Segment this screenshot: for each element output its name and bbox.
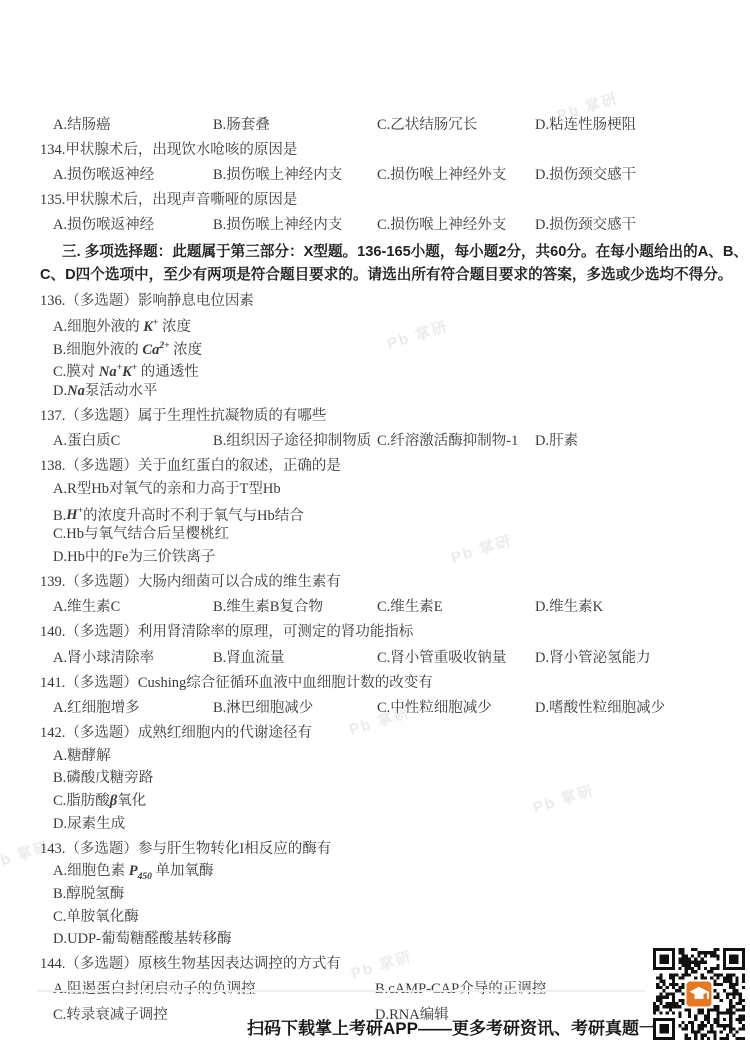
- exam-page: { "page": { "watermark_text": "Pb 掌研" },…: [0, 0, 750, 1061]
- option-label: C.: [53, 909, 66, 925]
- question-stem: 141.（多选题）Cushing综合征循环血液中血细胞计数的改变有: [0, 672, 750, 695]
- text-segment: 细胞外液的: [67, 319, 143, 335]
- option-label: C.: [53, 526, 66, 542]
- option-label: C.: [377, 599, 390, 615]
- option-label: A.: [53, 650, 67, 666]
- question-number: 139.: [40, 574, 65, 590]
- option-label: D.: [53, 931, 67, 947]
- text-segment: （多选题）大肠内细菌可以合成的维生素有: [65, 574, 341, 590]
- text-segment: 膜对: [66, 364, 99, 380]
- text-segment: UDP-葡萄糖醛酸基转移酶: [67, 931, 231, 947]
- answer-option: D.UDP-葡萄糖醛酸基转移酶: [53, 931, 231, 947]
- answer-option: D.粘连性肠梗阻: [535, 114, 636, 137]
- math-notation: K+: [122, 364, 137, 380]
- answer-option: A.维生素C: [53, 596, 120, 619]
- option-label: C.: [53, 1007, 66, 1023]
- math-subscript: 450: [138, 872, 152, 882]
- text-segment: 脂肪酸: [66, 793, 110, 809]
- question-number: 134.: [40, 142, 65, 158]
- options-row: A.维生素CB.维生素B复合物C.维生素ED.维生素K: [0, 596, 750, 619]
- option-label: A.: [53, 599, 67, 615]
- options-stack-line: D.Hb中的Fe为三价铁离子: [0, 546, 750, 569]
- answer-option: C.单胺氧化酶: [53, 909, 139, 925]
- option-label: B.: [213, 433, 226, 449]
- options-stack-line: C.膜对 Na+K+ 的通透性: [0, 357, 750, 380]
- option-label: D.: [535, 599, 549, 615]
- option-label: B.: [53, 770, 66, 786]
- answer-option: D.肝素: [535, 430, 578, 453]
- question-number: 143.: [40, 841, 65, 857]
- answer-option: C.损伤喉上神经外支: [377, 214, 506, 237]
- section-header-line: 三. 多项选择题：此题属于第三部分：X型题。136-165小题，每小题2分，共6…: [0, 241, 750, 264]
- options-row: A.损伤喉返神经B.损伤喉上神经内支C.损伤喉上神经外支D.损伤颈交感干: [0, 214, 750, 237]
- footer-divider: [37, 990, 645, 992]
- options-stack-line: D.尿素生成: [0, 813, 750, 836]
- question-stem: 135.甲状腺术后，出现声音嘶哑的原因是: [0, 189, 750, 212]
- answer-option: D.损伤颈交感干: [535, 164, 636, 187]
- question-stem: 138.（多选题）关于血红蛋白的叙述，正确的是: [0, 455, 750, 478]
- text-segment: Hb与氧气结合后呈樱桃红: [66, 526, 229, 542]
- answer-option: C.维生素E: [377, 596, 443, 619]
- option-label: C.: [377, 217, 390, 233]
- text-segment: 中性粒细胞减少: [390, 700, 492, 716]
- text-segment: 红细胞增多: [67, 700, 140, 716]
- options-stack-line: D.Na泵活动水平: [0, 380, 750, 403]
- answer-option: D.Hb中的Fe为三价铁离子: [53, 549, 215, 565]
- text-segment: 氧化: [117, 793, 146, 809]
- options-row: A.红细胞增多B.淋巴细胞减少C.中性粒细胞减少D.嗜酸性粒细胞减少: [0, 697, 750, 720]
- answer-option: B.损伤喉上神经内支: [213, 214, 342, 237]
- text-segment: 肝素: [549, 433, 578, 449]
- answer-option: B.H+的浓度升高时不利于氧气与Hb结合: [53, 507, 304, 523]
- text-segment: 肾小球清除率: [67, 650, 154, 666]
- option-label: B.: [213, 167, 226, 183]
- text-segment: 维生素K: [549, 599, 603, 615]
- option-label: A.: [53, 481, 67, 497]
- text-segment: 损伤喉上神经内支: [226, 167, 342, 183]
- answer-option: A.肾小球清除率: [53, 647, 154, 670]
- text-segment: 损伤颈交感干: [549, 217, 636, 233]
- options-stack-line: C.脂肪酸β氧化: [0, 790, 750, 813]
- question-number: 136.: [40, 293, 65, 309]
- question-number: 142.: [40, 725, 65, 741]
- text-segment: 醇脱氢酶: [66, 886, 124, 902]
- option-label: C.: [377, 433, 390, 449]
- text-segment: 乙状结肠冗长: [390, 117, 477, 133]
- options-stack-line: A.R型Hb对氧气的亲和力高于T型Hb: [0, 478, 750, 501]
- option-label: B.: [53, 342, 66, 358]
- options-stack-line: C.单胺氧化酶: [0, 906, 750, 929]
- options-stack-line: A.细胞外液的 K+ 浓度: [0, 312, 750, 335]
- options-stack-line: D.UDP-葡萄糖醛酸基转移酶: [0, 928, 750, 951]
- option-label: B.: [213, 650, 226, 666]
- footer-banner-text: 扫码下载掌上考研APP——更多考研资讯、考研真题一键获取: [247, 1014, 707, 1039]
- answer-option: B.肾血流量: [213, 647, 284, 670]
- option-label: A.: [53, 217, 67, 233]
- text-segment: 损伤喉返神经: [67, 217, 154, 233]
- option-label: D.: [53, 816, 67, 832]
- section-header-line: C、D四个选项中，至少有两项是符合题目要求的。请选出所有符合题目要求的答案，多选…: [0, 264, 750, 287]
- text-segment: 浓度: [170, 342, 203, 358]
- option-label: D.: [535, 650, 549, 666]
- answer-option: D.尿素生成: [53, 816, 125, 832]
- answer-option: A.R型Hb对氧气的亲和力高于T型Hb: [53, 481, 281, 497]
- question-stem: 142.（多选题）成熟红细胞内的代谢途径有: [0, 722, 750, 745]
- math-base: Na: [67, 383, 85, 399]
- question-stem: 140.（多选题）利用肾清除率的原理，可测定的肾功能指标: [0, 621, 750, 644]
- text-segment: 肾血流量: [226, 650, 284, 666]
- question-number: 141.: [40, 675, 65, 691]
- text-segment: （多选题）原核生物基因表达调控的方式有: [65, 956, 341, 972]
- text-segment: 维生素B复合物: [226, 599, 323, 615]
- text-segment: （多选题）Cushing综合征循环血液中血细胞计数的改变有: [65, 675, 432, 691]
- answer-option: A.红细胞增多: [53, 697, 140, 720]
- options-stack-line: A.糖酵解: [0, 745, 750, 768]
- option-label: A.: [53, 863, 67, 879]
- text-segment: 肠套叠: [226, 117, 270, 133]
- text-segment: 嗜酸性粒细胞减少: [549, 700, 665, 716]
- section-header: 三. 多项选择题：此题属于第三部分：X型题。136-165小题，每小题2分，共6…: [0, 241, 750, 287]
- options-stack-line: C.Hb与氧气结合后呈樱桃红: [0, 523, 750, 546]
- answer-option: B.淋巴细胞减少: [213, 697, 313, 720]
- text-segment: 损伤喉上神经外支: [390, 167, 506, 183]
- answer-option: B.损伤喉上神经内支: [213, 164, 342, 187]
- text-segment: 肾小管泌氢能力: [549, 650, 651, 666]
- math-base: K: [122, 364, 132, 380]
- text-segment: 磷酸戊糖旁路: [66, 770, 153, 786]
- text-segment: 肾小管重吸收钠量: [390, 650, 506, 666]
- question-number: 135.: [40, 192, 65, 208]
- option-label: C.: [377, 700, 390, 716]
- answer-option: A.细胞色素 P450 单加氧酶: [53, 863, 213, 879]
- answer-option: B.醇脱氢酶: [53, 886, 124, 902]
- option-label: D.: [535, 117, 549, 133]
- answer-option: C.乙状结肠冗长: [377, 114, 477, 137]
- answer-option: A.结肠癌: [53, 114, 111, 137]
- options-row: A.结肠癌B.肠套叠C.乙状结肠冗长D.粘连性肠梗阻: [0, 114, 750, 137]
- math-base: H: [66, 507, 77, 523]
- text-segment: 损伤喉返神经: [67, 167, 154, 183]
- options-stack-line: A.细胞色素 P450 单加氧酶: [0, 860, 750, 883]
- question-number: 144.: [40, 956, 65, 972]
- text-segment: 损伤颈交感干: [549, 167, 636, 183]
- answer-option: D.维生素K: [535, 596, 603, 619]
- math-notation: H+: [66, 507, 83, 523]
- option-label: D.: [535, 700, 549, 716]
- text-segment: 甲状腺术后，出现饮水呛咳的原因是: [65, 142, 297, 158]
- text-segment: 纤溶激活酶抑制物-1: [390, 433, 518, 449]
- answer-option: A.损伤喉返神经: [53, 164, 154, 187]
- option-label: B.: [213, 117, 226, 133]
- option-label: B.: [213, 217, 226, 233]
- option-label: B.: [53, 886, 66, 902]
- question-number: 138.: [40, 458, 65, 474]
- option-label: B.: [213, 700, 226, 716]
- answer-option: D.Na泵活动水平: [53, 383, 157, 399]
- question-stem: 143.（多选题）参与肝生物转化I相反应的酶有: [0, 838, 750, 861]
- answer-option: B.肠套叠: [213, 114, 270, 137]
- math-base: Na: [99, 364, 117, 380]
- options-row: A.蛋白质CB.组织因子途径抑制物质C.纤溶激活酶抑制物-1D.肝素: [0, 430, 750, 453]
- text-segment: 单加氧酶: [152, 863, 214, 879]
- text-segment: （多选题）关于血红蛋白的叙述，正确的是: [65, 458, 341, 474]
- answer-option: D.肾小管泌氢能力: [535, 647, 651, 670]
- answer-option: C.脂肪酸β氧化: [53, 793, 146, 809]
- text-segment: 糖酵解: [67, 748, 111, 764]
- text-segment: 组织因子途径抑制物质: [226, 433, 371, 449]
- document-body: A.结肠癌B.肠套叠C.乙状结肠冗长D.粘连性肠梗阻134.甲状腺术后，出现饮水…: [0, 111, 750, 1026]
- text-segment: 的浓度升高时不利于氧气与Hb结合: [83, 507, 304, 523]
- text-segment: 粘连性肠梗阻: [549, 117, 636, 133]
- answer-option: C.膜对 Na+K+ 的通透性: [53, 364, 199, 380]
- option-label: A.: [53, 748, 67, 764]
- text-segment: R型Hb对氧气的亲和力高于T型Hb: [67, 481, 280, 497]
- question-stem: 144.（多选题）原核生物基因表达调控的方式有: [0, 953, 750, 976]
- answer-option: C.转录衰减子调控: [53, 1004, 168, 1027]
- text-segment: 维生素E: [390, 599, 442, 615]
- option-label: D.: [535, 217, 549, 233]
- option-label: C.: [377, 650, 390, 666]
- option-label: A.: [53, 117, 67, 133]
- answer-option: B.磷酸戊糖旁路: [53, 770, 153, 786]
- math-notation: Na: [67, 383, 85, 399]
- math-superscript: 2+: [159, 341, 169, 351]
- answer-option: B.细胞外液的 Ca2+ 浓度: [53, 342, 202, 358]
- option-label: C.: [377, 117, 390, 133]
- options-row: A.肾小球清除率B.肾血流量C.肾小管重吸收钠量D.肾小管泌氢能力: [0, 647, 750, 670]
- option-label: D.: [53, 383, 67, 399]
- text-segment: （多选题）利用肾清除率的原理，可测定的肾功能指标: [65, 624, 413, 640]
- math-notation: K+: [143, 319, 158, 335]
- options-row: A.损伤喉返神经B.损伤喉上神经内支C.损伤喉上神经外支D.损伤颈交感干: [0, 164, 750, 187]
- qr-code: [653, 948, 745, 1040]
- answer-option: C.中性粒细胞减少: [377, 697, 492, 720]
- answer-option: A.糖酵解: [53, 748, 111, 764]
- text-segment: 转录衰减子调控: [66, 1007, 168, 1023]
- option-label: D.: [535, 433, 549, 449]
- option-label: A.: [53, 433, 67, 449]
- math-notation: Na+: [99, 364, 122, 380]
- answer-option: D.嗜酸性粒细胞减少: [535, 697, 665, 720]
- question-stem: 139.（多选题）大肠内细菌可以合成的维生素有: [0, 571, 750, 594]
- text-segment: 细胞外液的: [66, 342, 142, 358]
- options-stack-line: B.醇脱氢酶: [0, 883, 750, 906]
- option-label: A.: [53, 700, 67, 716]
- option-label: C.: [53, 793, 66, 809]
- text-segment: 甲状腺术后，出现声音嘶哑的原因是: [65, 192, 297, 208]
- options-stack-line: B.磷酸戊糖旁路: [0, 767, 750, 790]
- answer-option: A.细胞外液的 K+ 浓度: [53, 319, 191, 335]
- math-base: P: [129, 863, 138, 879]
- answer-option: C.肾小管重吸收钠量: [377, 647, 506, 670]
- question-stem: 134.甲状腺术后，出现饮水呛咳的原因是: [0, 139, 750, 162]
- text-segment: （多选题）属于生理性抗凝物质的有哪些: [65, 408, 326, 424]
- answer-option: A.损伤喉返神经: [53, 214, 154, 237]
- answer-option: C.损伤喉上神经外支: [377, 164, 506, 187]
- text-segment: （多选题）参与肝生物转化I相反应的酶有: [65, 841, 331, 857]
- answer-option: C.纤溶激活酶抑制物-1: [377, 430, 518, 453]
- answer-option: B.维生素B复合物: [213, 596, 323, 619]
- option-label: B.: [53, 507, 66, 523]
- answer-option: D.损伤颈交感干: [535, 214, 636, 237]
- text-segment: 结肠癌: [67, 117, 111, 133]
- text-segment: 损伤喉上神经外支: [390, 217, 506, 233]
- option-label: A.: [53, 319, 67, 335]
- math-base: K: [143, 319, 153, 335]
- text-segment: 蛋白质C: [67, 433, 120, 449]
- text-segment: 单胺氧化酶: [66, 909, 139, 925]
- question-number: 140.: [40, 624, 65, 640]
- question-stem: 137.（多选题）属于生理性抗凝物质的有哪些: [0, 405, 750, 428]
- math-notation: Ca2+: [142, 342, 169, 358]
- math-base: Ca: [142, 342, 159, 358]
- option-label: A.: [53, 167, 67, 183]
- answer-option: B.组织因子途径抑制物质: [213, 430, 371, 453]
- option-label: C.: [53, 364, 66, 380]
- text-segment: 淋巴细胞减少: [226, 700, 313, 716]
- question-number: 137.: [40, 408, 65, 424]
- text-segment: 维生素C: [67, 599, 120, 615]
- text-segment: 损伤喉上神经内支: [226, 217, 342, 233]
- option-label: D.: [53, 549, 67, 565]
- options-stack-line: B.细胞外液的 Ca2+ 浓度: [0, 335, 750, 358]
- text-segment: 泵活动水平: [85, 383, 158, 399]
- option-label: C.: [377, 167, 390, 183]
- text-segment: 浓度: [158, 319, 191, 335]
- answer-option: C.Hb与氧气结合后呈樱桃红: [53, 526, 229, 542]
- math-notation: P450: [129, 863, 152, 879]
- text-segment: （多选题）成熟红细胞内的代谢途径有: [65, 725, 312, 741]
- text-segment: 尿素生成: [67, 816, 125, 832]
- option-label: B.: [213, 599, 226, 615]
- question-stem: 136.（多选题）影响静息电位因素: [0, 290, 750, 313]
- option-label: D.: [535, 167, 549, 183]
- answer-option: A.蛋白质C: [53, 430, 120, 453]
- text-segment: 的通透性: [137, 364, 199, 380]
- text-segment: Hb中的Fe为三价铁离子: [67, 549, 215, 565]
- text-segment: 细胞色素: [67, 863, 129, 879]
- text-segment: （多选题）影响静息电位因素: [65, 293, 254, 309]
- options-stack-line: B.H+的浓度升高时不利于氧气与Hb结合: [0, 501, 750, 524]
